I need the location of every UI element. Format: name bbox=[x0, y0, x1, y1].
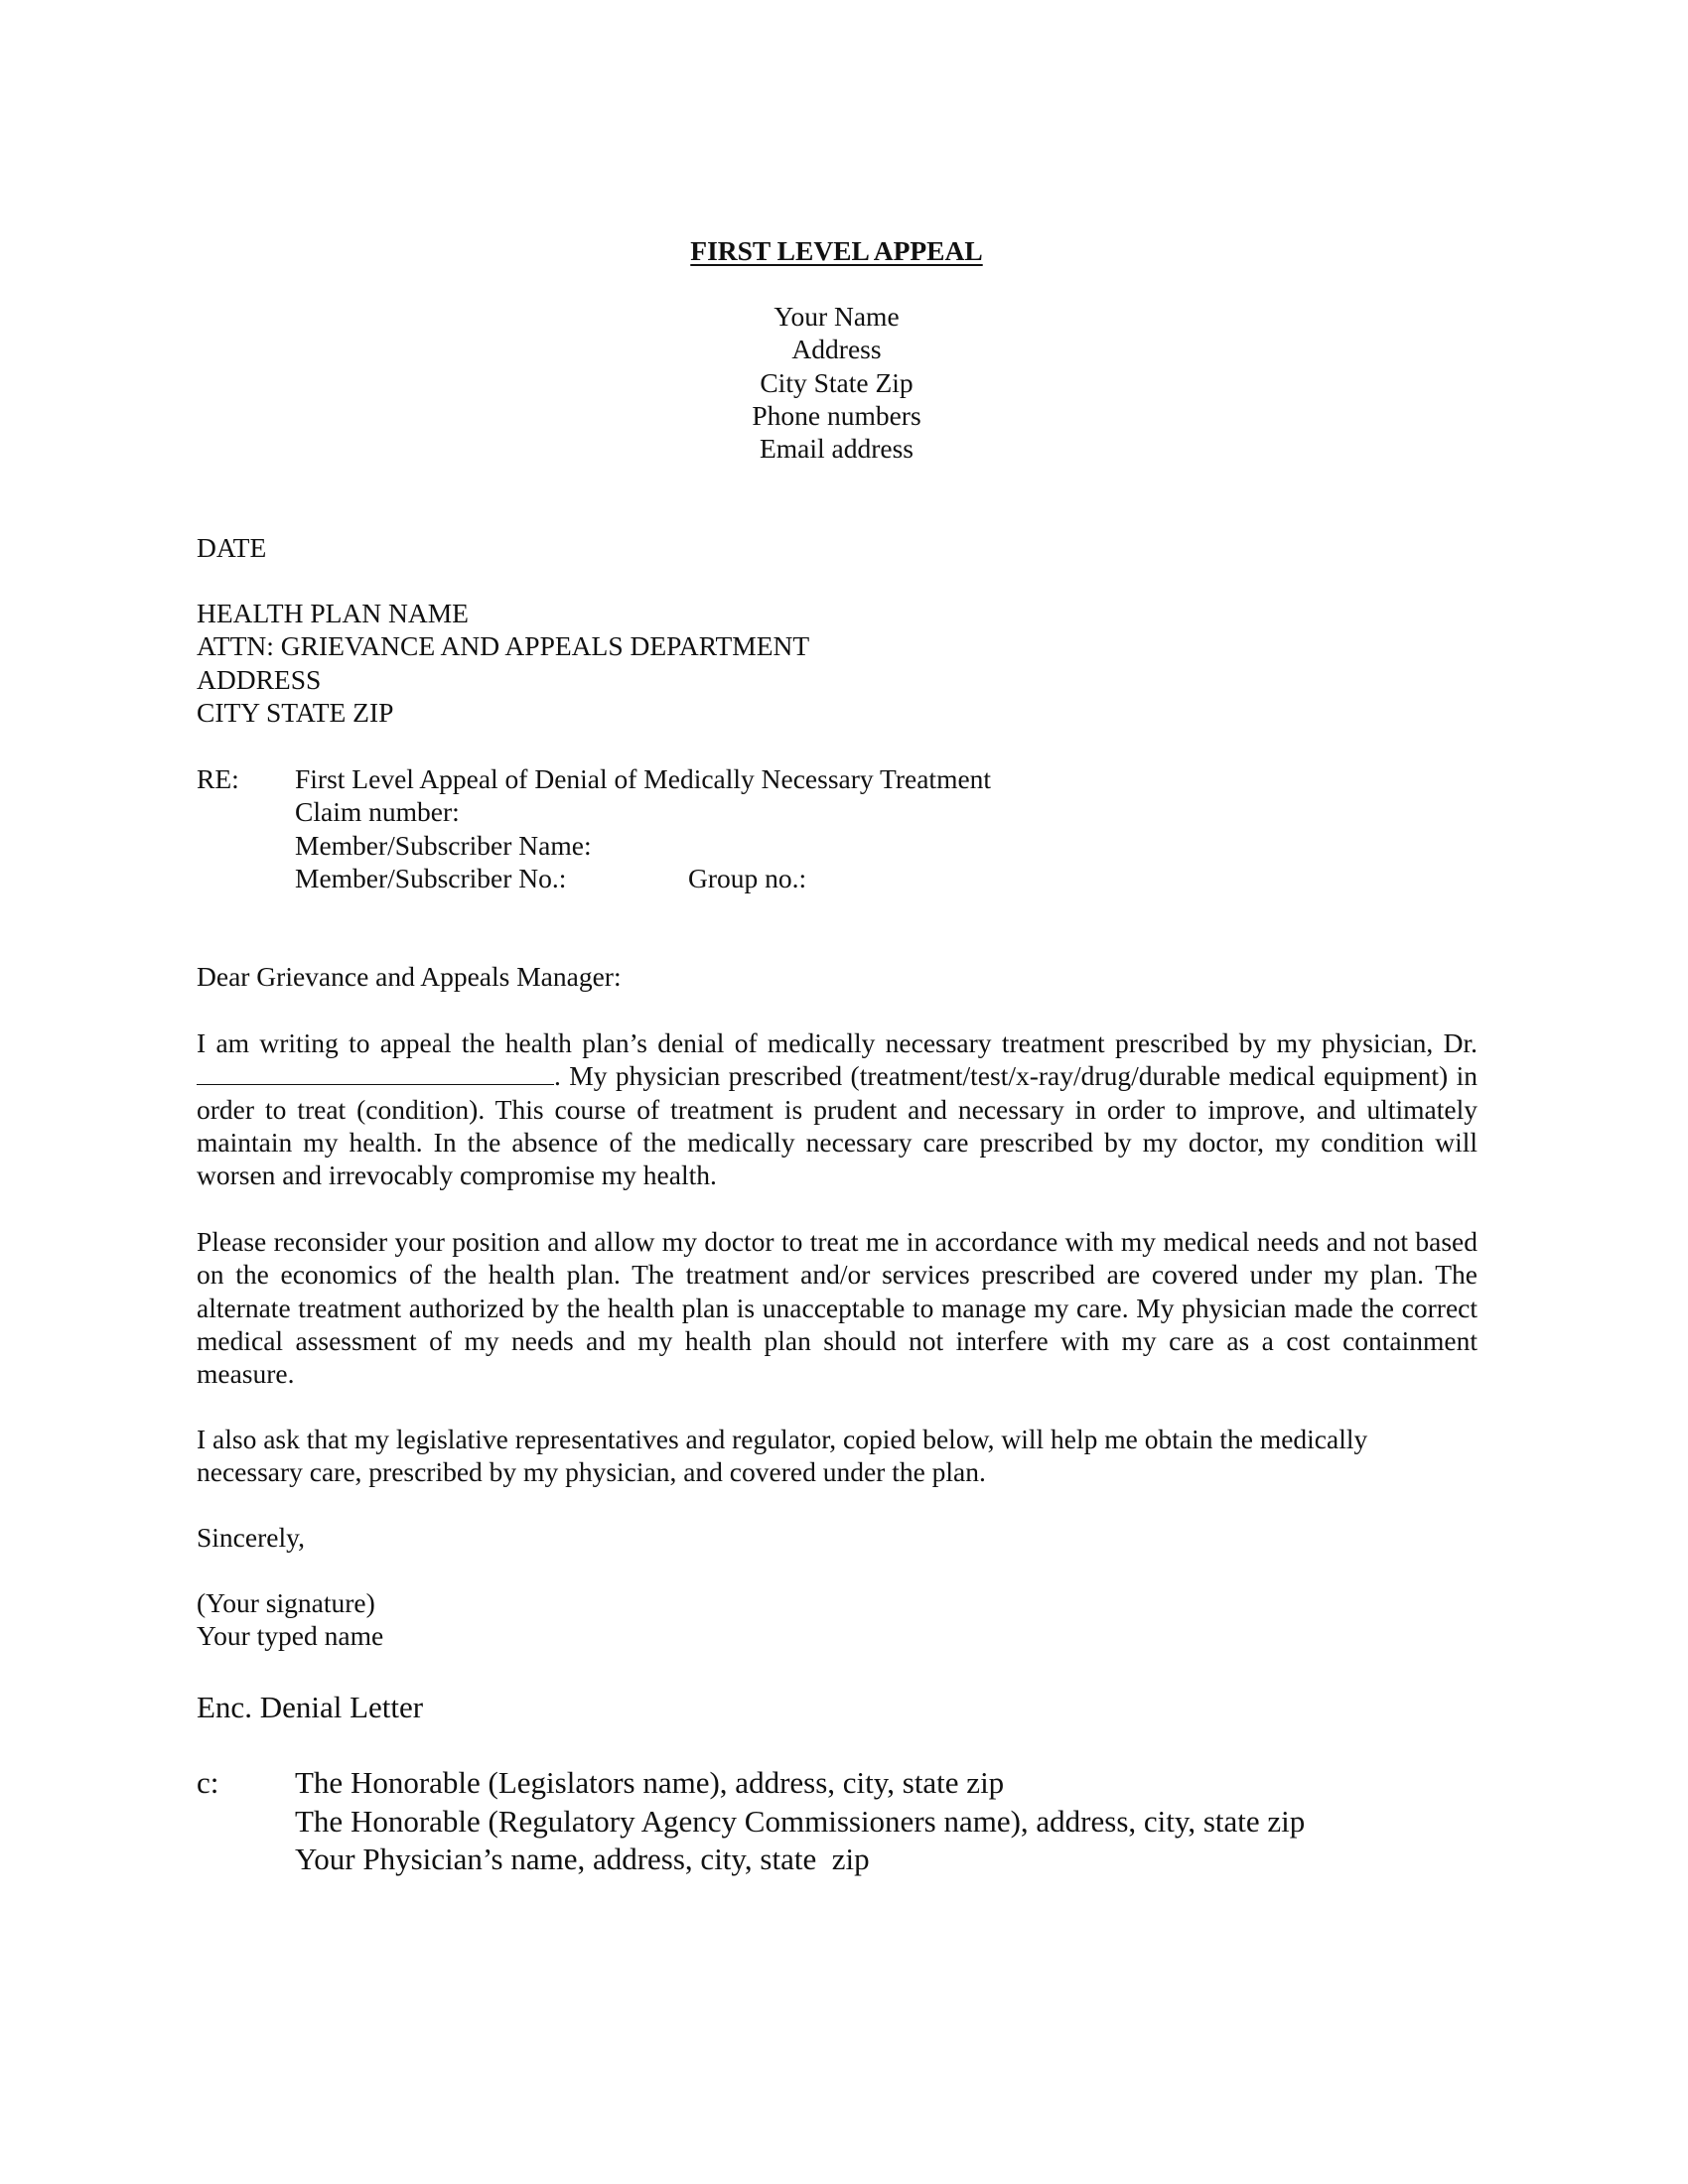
recipient-block: HEALTH PLAN NAME ATTN: GRIEVANCE AND APP… bbox=[197, 597, 809, 729]
re-group-no: Group no.: bbox=[688, 862, 806, 894]
signature-block: (Your signature) Your typed name bbox=[197, 1586, 383, 1653]
re-subject: First Level Appeal of Denial of Medicall… bbox=[295, 762, 991, 795]
sender-block: Your Name Address City State Zip Phone n… bbox=[0, 300, 1673, 465]
recipient-plan-name: HEALTH PLAN NAME bbox=[197, 597, 809, 629]
paragraph-2: Please reconsider your position and allo… bbox=[197, 1225, 1477, 1390]
cc-label: c: bbox=[197, 1764, 218, 1803]
cc-list: The Honorable (Legislators name), addres… bbox=[295, 1764, 1305, 1879]
enclosure: Enc. Denial Letter bbox=[197, 1689, 423, 1727]
recipient-address: ADDRESS bbox=[197, 663, 809, 696]
physician-name-blank bbox=[197, 1060, 554, 1085]
signature: (Your signature) bbox=[197, 1586, 383, 1619]
sender-name: Your Name bbox=[0, 300, 1673, 333]
re-claim-number: Claim number: bbox=[295, 795, 991, 828]
sender-phone: Phone numbers bbox=[0, 399, 1673, 432]
cc-legislator: The Honorable (Legislators name), addres… bbox=[295, 1764, 1305, 1803]
typed-name: Your typed name bbox=[197, 1619, 383, 1652]
paragraph-1-start: I am writing to appeal the health plan’s… bbox=[197, 1027, 1477, 1058]
re-member-name: Member/Subscriber Name: bbox=[295, 829, 991, 862]
sender-email: Email address bbox=[0, 432, 1673, 465]
cc-regulator: The Honorable (Regulatory Agency Commiss… bbox=[295, 1803, 1305, 1842]
recipient-attn: ATTN: GRIEVANCE AND APPEALS DEPARTMENT bbox=[197, 629, 809, 662]
sender-address: Address bbox=[0, 333, 1673, 365]
re-block: First Level Appeal of Denial of Medicall… bbox=[295, 762, 991, 894]
recipient-city-state-zip: CITY STATE ZIP bbox=[197, 696, 809, 729]
date-line: DATE bbox=[197, 531, 266, 564]
sender-city-state-zip: City State Zip bbox=[0, 366, 1673, 399]
cc-physician: Your Physician’s name, address, city, st… bbox=[295, 1841, 1305, 1879]
closing: Sincerely, bbox=[197, 1521, 305, 1554]
salutation: Dear Grievance and Appeals Manager: bbox=[197, 960, 622, 993]
re-member-no: Member/Subscriber No.: bbox=[295, 862, 991, 894]
re-label: RE: bbox=[197, 762, 239, 795]
document-title: FIRST LEVEL APPEAL bbox=[0, 234, 1673, 267]
paragraph-1: I am writing to appeal the health plan’s… bbox=[197, 1026, 1477, 1191]
document-title-text: FIRST LEVEL APPEAL bbox=[690, 235, 982, 266]
paragraph-3: I also ask that my legislative represent… bbox=[197, 1423, 1448, 1489]
